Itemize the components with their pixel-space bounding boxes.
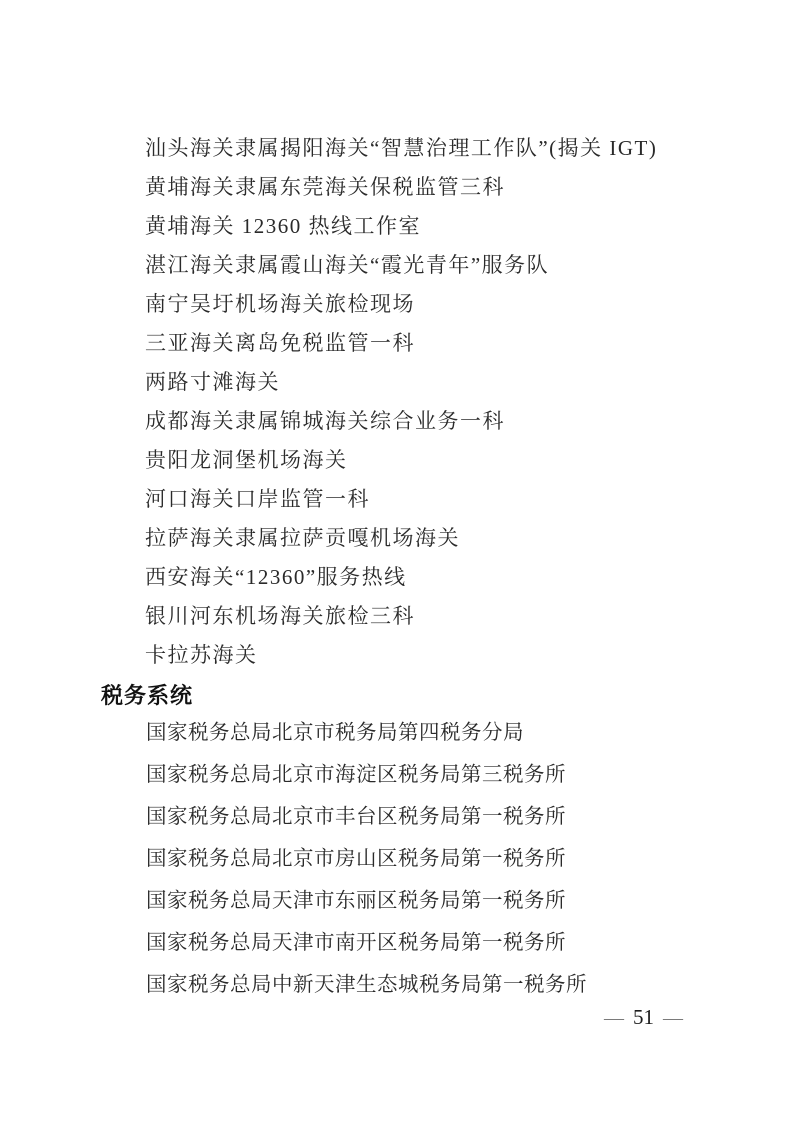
- list-item: 银川河东机场海关旅检三科: [145, 597, 657, 636]
- list-item: 拉萨海关隶属拉萨贡嘎机场海关: [145, 519, 657, 558]
- list-item: 汕头海关隶属揭阳海关“智慧治理工作队”(揭关 IGT): [145, 129, 657, 168]
- section-heading-tax-system: 税务系统: [101, 683, 193, 709]
- page-number: 51: [624, 1005, 663, 1029]
- list-item: 南宁吴圩机场海关旅检现场: [145, 285, 657, 324]
- list-item: 国家税务总局北京市丰台区税务局第一税务所: [146, 796, 587, 838]
- document-page: 汕头海关隶属揭阳海关“智慧治理工作队”(揭关 IGT) 黄埔海关隶属东莞海关保税…: [0, 0, 793, 1122]
- page-footer: —51—: [604, 1004, 683, 1031]
- list-item: 国家税务总局北京市海淀区税务局第三税务所: [146, 754, 587, 796]
- footer-dash-right: —: [663, 1007, 683, 1029]
- list-item: 黄埔海关 12360 热线工作室: [145, 207, 657, 246]
- footer-dash-left: —: [604, 1007, 624, 1029]
- list-item: 河口海关口岸监管一科: [145, 480, 657, 519]
- customs-list: 汕头海关隶属揭阳海关“智慧治理工作队”(揭关 IGT) 黄埔海关隶属东莞海关保税…: [145, 129, 657, 675]
- list-item: 国家税务总局中新天津生态城税务局第一税务所: [146, 964, 587, 1006]
- list-item: 国家税务总局北京市税务局第四税务分局: [146, 712, 587, 754]
- list-item: 卡拉苏海关: [145, 636, 657, 675]
- list-item: 两路寸滩海关: [145, 363, 657, 402]
- list-item: 国家税务总局北京市房山区税务局第一税务所: [146, 838, 587, 880]
- list-item: 三亚海关离岛免税监管一科: [145, 324, 657, 363]
- list-item: 西安海关“12360”服务热线: [145, 558, 657, 597]
- list-item: 湛江海关隶属霞山海关“霞光青年”服务队: [145, 246, 657, 285]
- list-item: 国家税务总局天津市东丽区税务局第一税务所: [146, 880, 587, 922]
- list-item: 国家税务总局天津市南开区税务局第一税务所: [146, 922, 587, 964]
- tax-list: 国家税务总局北京市税务局第四税务分局 国家税务总局北京市海淀区税务局第三税务所 …: [146, 712, 587, 1006]
- list-item: 贵阳龙洞堡机场海关: [145, 441, 657, 480]
- list-item: 黄埔海关隶属东莞海关保税监管三科: [145, 168, 657, 207]
- list-item: 成都海关隶属锦城海关综合业务一科: [145, 402, 657, 441]
